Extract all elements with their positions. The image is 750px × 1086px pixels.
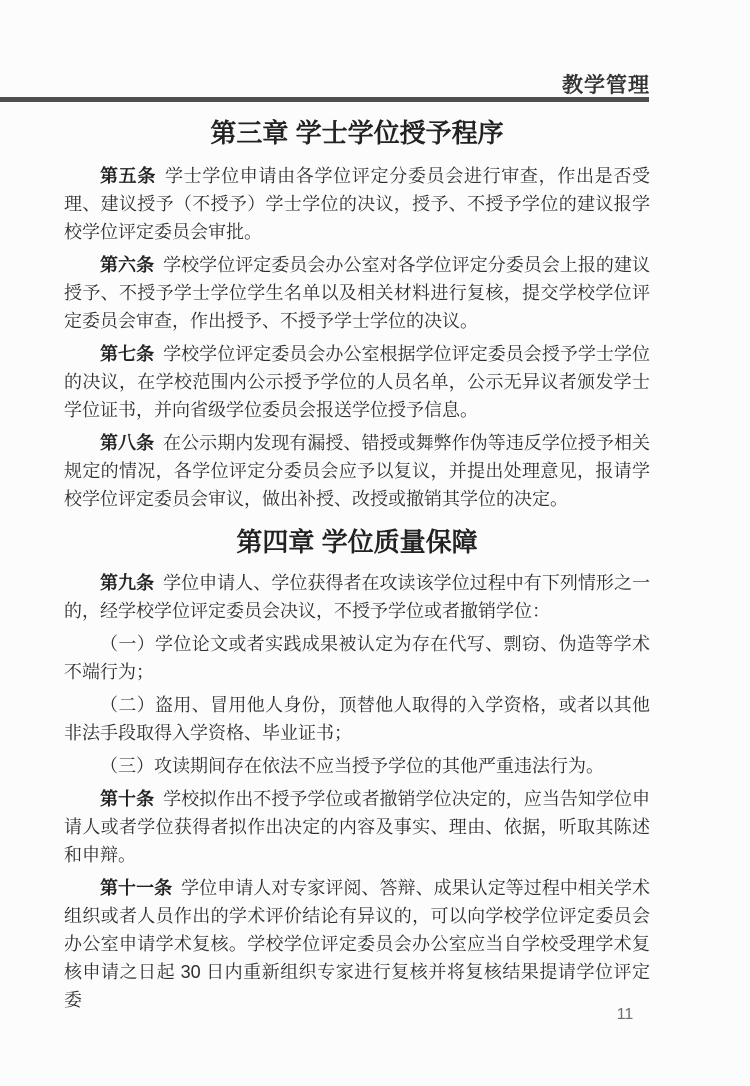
article-9-item-2-text: （二）盗用、冒用他人身份，顶替他人取得的入学资格，或者以其他非法手段取得入学资格… <box>64 695 650 743</box>
article-7-number: 第七条 <box>100 344 154 364</box>
article-8-number: 第八条 <box>100 433 154 453</box>
article-10-number: 第十条 <box>100 789 154 809</box>
article-9-item-2: （二）盗用、冒用他人身份，顶替他人取得的入学资格，或者以其他非法手段取得入学资格… <box>64 691 650 747</box>
article-6-number: 第六条 <box>100 255 154 275</box>
article-9-item-1-text: （一）学位论文或者实践成果被认定为存在代写、剽窃、伪造等学术不端行为； <box>64 634 650 682</box>
article-9-number: 第九条 <box>100 573 154 593</box>
article-7-paragraph: 第七条学校学位评定委员会办公室根据学位评定委员会授予学士学位的决议，在学校范围内… <box>64 340 650 424</box>
article-11-number: 第十一条 <box>100 878 172 898</box>
article-6-paragraph: 第六条学校学位评定委员会办公室对各学位评定分委员会上报的建议授予、不授予学士学位… <box>64 251 650 335</box>
document-page: 教学管理 第三章 学士学位授予程序 第五条学士学位申请由各学位评定分委员会进行审… <box>0 0 750 1086</box>
article-9-item-1: （一）学位论文或者实践成果被认定为存在代写、剽窃、伪造等学术不端行为； <box>64 630 650 686</box>
article-9-item-3: （三）攻读期间存在依法不应当授予学位的其他严重违法行为。 <box>64 752 650 780</box>
article-5-paragraph: 第五条学士学位申请由各学位评定分委员会进行审查，作出是否受理、建议授予（不授予）… <box>64 162 650 246</box>
article-10-paragraph: 第十条学校拟作出不授予学位或者撤销学位决定的，应当告知学位申请人或者学位获得者拟… <box>64 785 650 869</box>
article-9-paragraph: 第九条学位申请人、学位获得者在攻读该学位过程中有下列情形之一的，经学校学位评定委… <box>64 569 650 625</box>
page-number: 11 <box>610 1006 640 1024</box>
chapter-4-title: 第四章 学位质量保障 <box>64 525 650 559</box>
page-content: 第三章 学士学位授予程序 第五条学士学位申请由各学位评定分委员会进行审查，作出是… <box>64 116 650 1019</box>
header-rule <box>0 97 649 102</box>
running-header-label: 教学管理 <box>0 69 650 99</box>
article-8-paragraph: 第八条在公示期内发现有漏授、错授或舞弊作伪等违反学位授予相关规定的情况，各学位评… <box>64 429 650 513</box>
article-9-item-3-text: （三）攻读期间存在依法不应当授予学位的其他严重违法行为。 <box>100 756 604 776</box>
article-5-number: 第五条 <box>100 166 156 186</box>
chapter-3-title: 第三章 学士学位授予程序 <box>64 116 650 150</box>
article-11-paragraph: 第十一条学位申请人对专家评阅、答辩、成果认定等过程中相关学术组织或者人员作出的学… <box>64 874 650 1014</box>
